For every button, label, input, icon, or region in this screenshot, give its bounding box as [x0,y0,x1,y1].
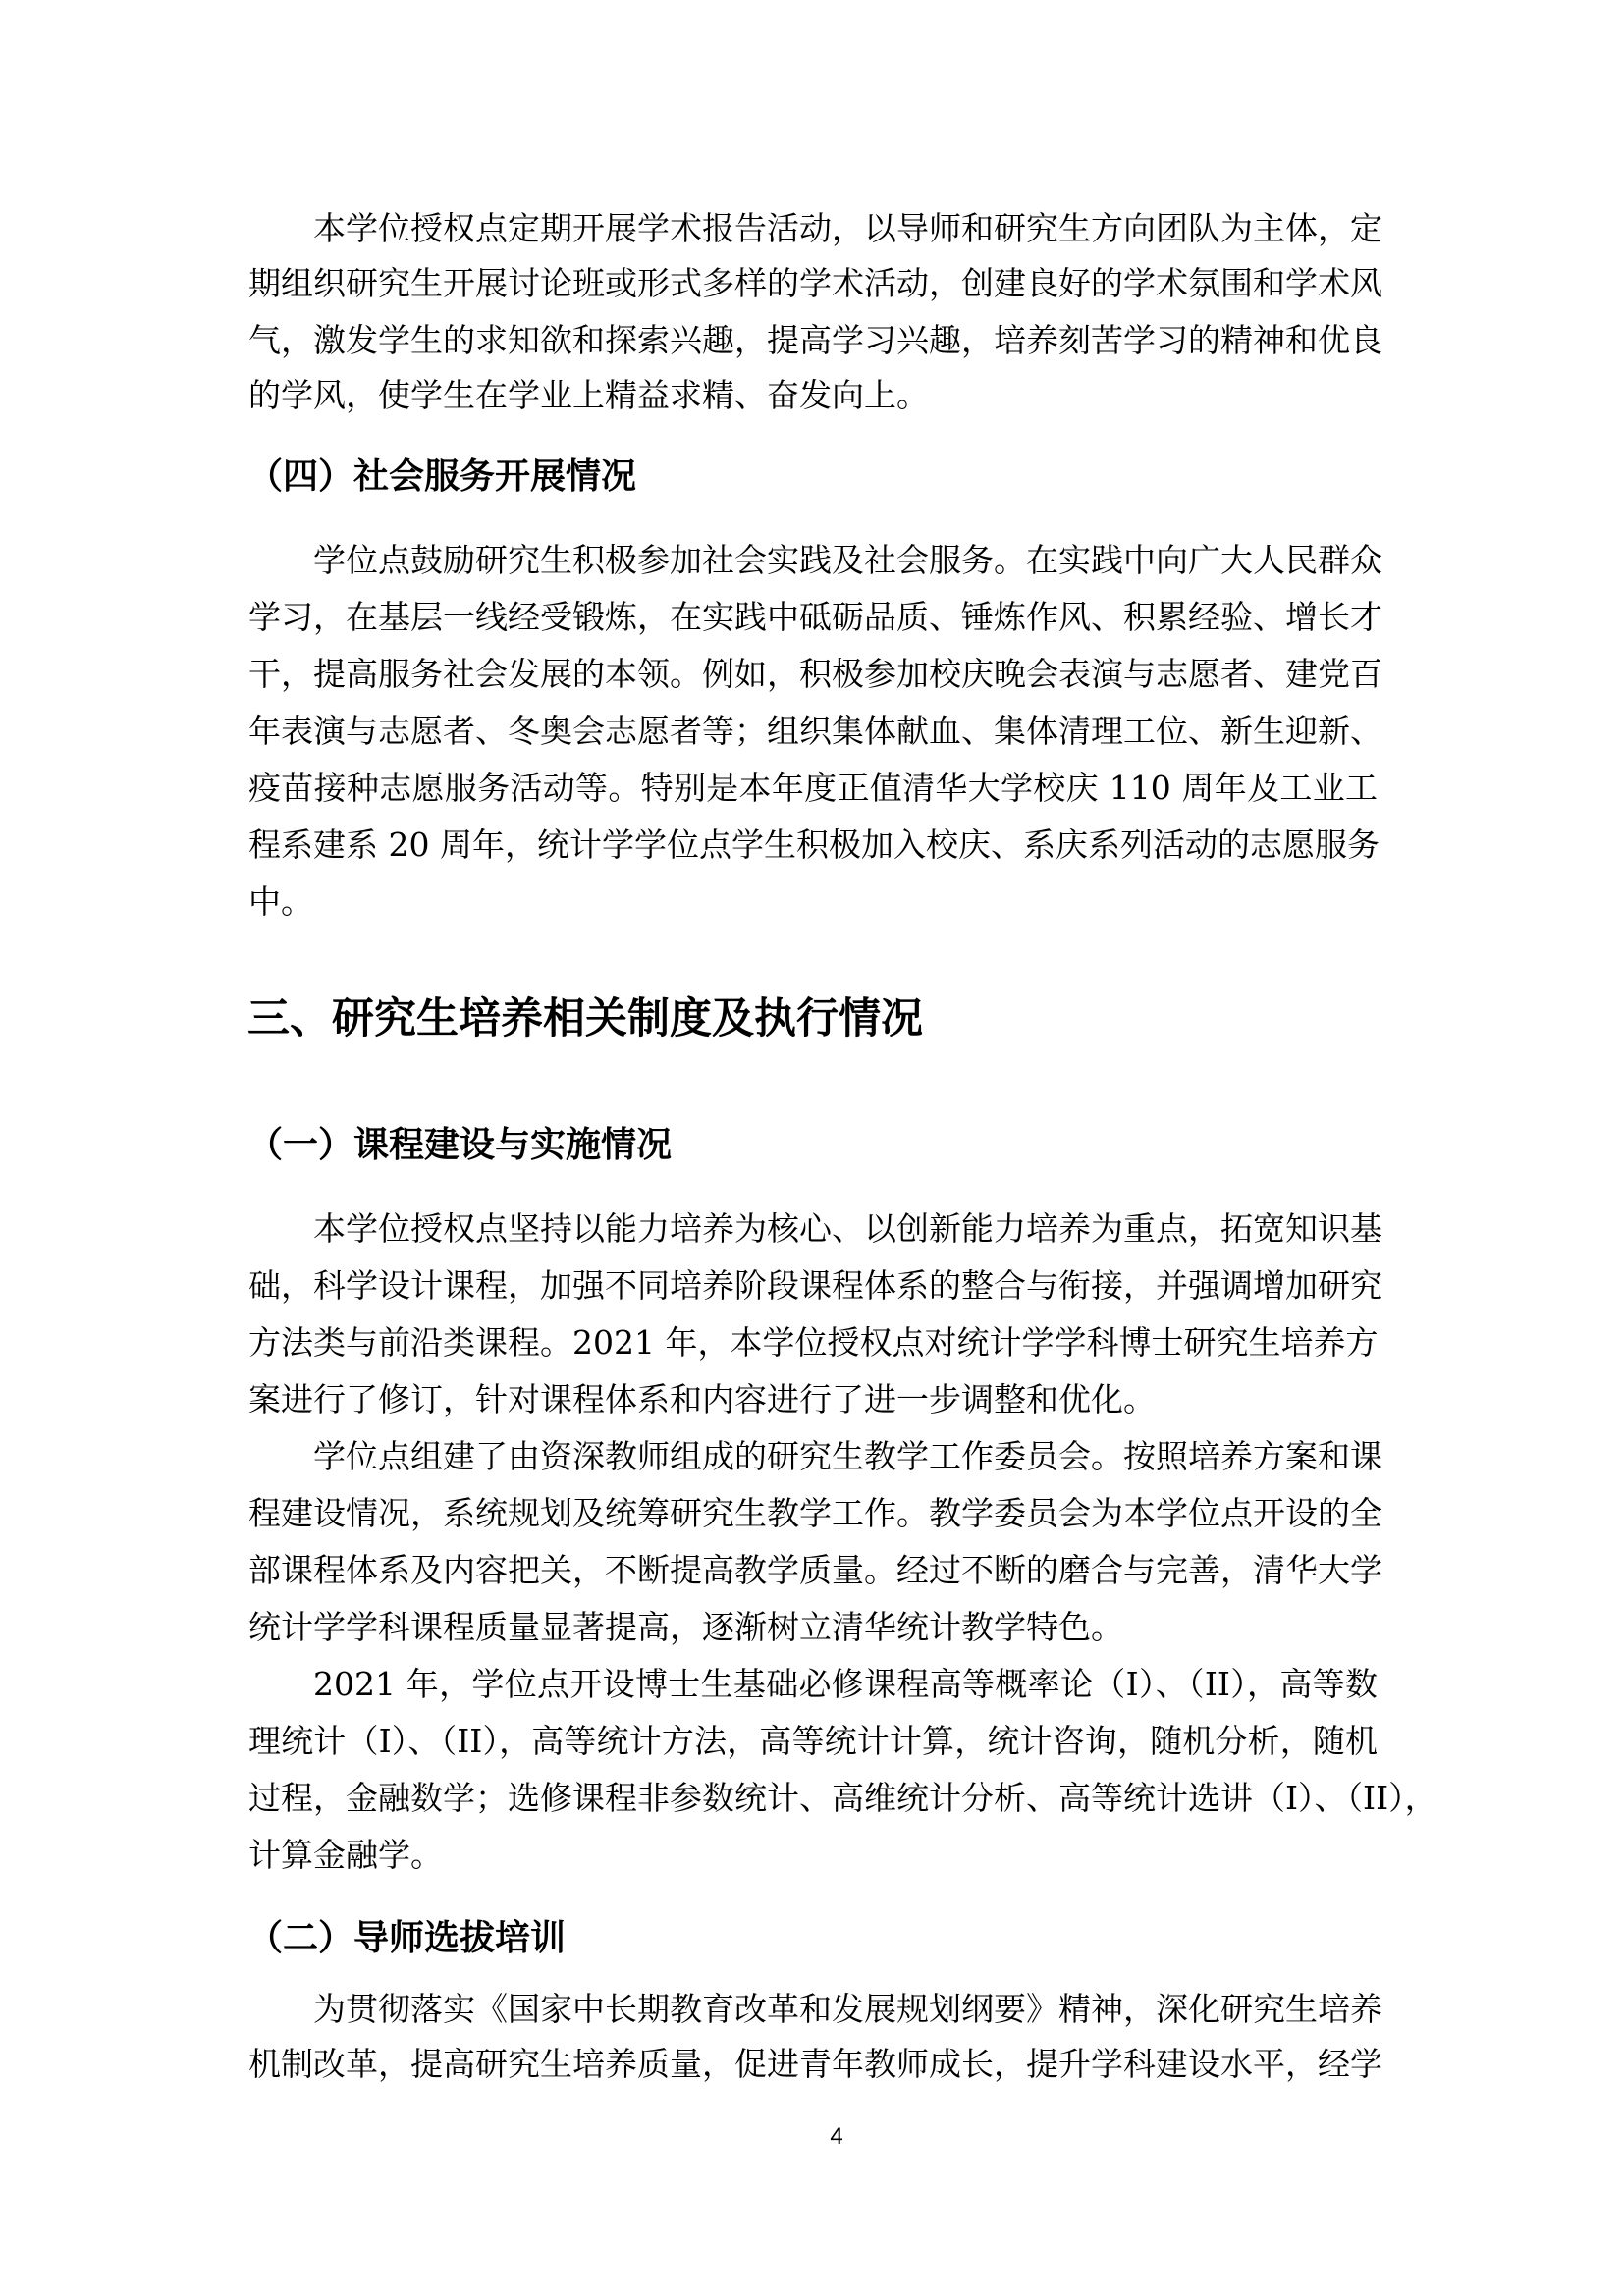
paragraph-line: 计算金融学。 [248,1836,1378,1875]
paragraph-line: 气，激发学生的求知欲和探索兴趣，提高学习兴趣，培养刻苦学习的精神和优良 [248,321,1378,360]
paragraph-line: 学位点组建了由资深教师组成的研究生教学工作委员会。按照培养方案和课 [313,1437,1378,1476]
paragraph-line: 过程，金融数学；选修课程非参数统计、高维统计分析、高等统计选讲（I）、（II）， [248,1779,1378,1818]
paragraph-line: 部课程体系及内容把关，不断提高教学质量。经过不断的磨合与完善，清华大学 [248,1551,1378,1590]
paragraph-line: 程系建系 20 周年，统计学学位点学生积极加入校庆、系庆系列活动的志愿服务 [248,826,1378,865]
document-page: 本学位授权点定期开展学术报告活动，以导师和研究生方向团队为主体，定 期组织研究生… [0,0,1624,2296]
paragraph-line: 本学位授权点定期开展学术报告活动，以导师和研究生方向团队为主体，定 [313,209,1378,248]
paragraph-line: 本学位授权点坚持以能力培养为核心、以创新能力培养为重点，拓宽知识基 [313,1209,1378,1249]
paragraph-line: 学习，在基层一线经受锻炼，在实践中砥砺品质、锤炼作风、积累经验、增长才 [248,598,1378,637]
section-heading-supervisor-selection: （二）导师选拔培训 [247,1917,566,1960]
paragraph-line: 学位点鼓励研究生积极参加社会实践及社会服务。在实践中向广大人民群众 [313,541,1378,580]
paragraph-line: 期组织研究生开展讨论班或形式多样的学术活动，创建良好的学术氛围和学术风 [248,264,1378,303]
paragraph-line: 统计学学科课程质量显著提高，逐渐树立清华统计教学特色。 [248,1608,1378,1647]
paragraph-line: 机制改革，提高研究生培养质量，促进青年教师成长，提升学科建设水平，经学 [248,2045,1378,2084]
paragraph-line: 理统计（I）、（II），高等统计方法，高等统计计算，统计咨询，随机分析，随机 [248,1722,1378,1761]
chapter-heading-training-system: 三、研究生培养相关制度及执行情况 [247,994,923,1043]
section-heading-social-service: （四）社会服务开展情况 [247,455,636,499]
paragraph-line: 为贯彻落实《国家中长期教育改革和发展规划纲要》精神，深化研究生培养 [313,1990,1378,2029]
page-number: 4 [820,2122,853,2152]
paragraph-line: 案进行了修订，针对课程体系和内容进行了进一步调整和优化。 [248,1380,1378,1419]
paragraph-line: 干，提高服务社会发展的本领。例如，积极参加校庆晚会表演与志愿者、建党百 [248,655,1378,694]
paragraph-line: 的学风，使学生在学业上精益求精、奋发向上。 [248,376,1378,415]
paragraph-line: 中。 [248,882,1378,922]
paragraph-line: 2021 年，学位点开设博士生基础必修课程高等概率论（I）、（II），高等数 [313,1665,1378,1704]
paragraph-line: 疫苗接种志愿服务活动等。特别是本年度正值清华大学校庆 110 周年及工业工 [248,769,1378,808]
paragraph-line: 础，科学设计课程，加强不同培养阶段课程体系的整合与衔接，并强调增加研究 [248,1266,1378,1306]
paragraph-line: 方法类与前沿类课程。2021 年，本学位授权点对统计学学科博士研究生培养方 [248,1323,1378,1362]
paragraph-line: 年表演与志愿者、冬奥会志愿者等；组织集体献血、集体清理工位、新生迎新、 [248,712,1378,751]
section-heading-curriculum: （一）课程建设与实施情况 [247,1124,672,1167]
paragraph-line: 程建设情况，系统规划及统筹研究生教学工作。教学委员会为本学位点开设的全 [248,1494,1378,1533]
